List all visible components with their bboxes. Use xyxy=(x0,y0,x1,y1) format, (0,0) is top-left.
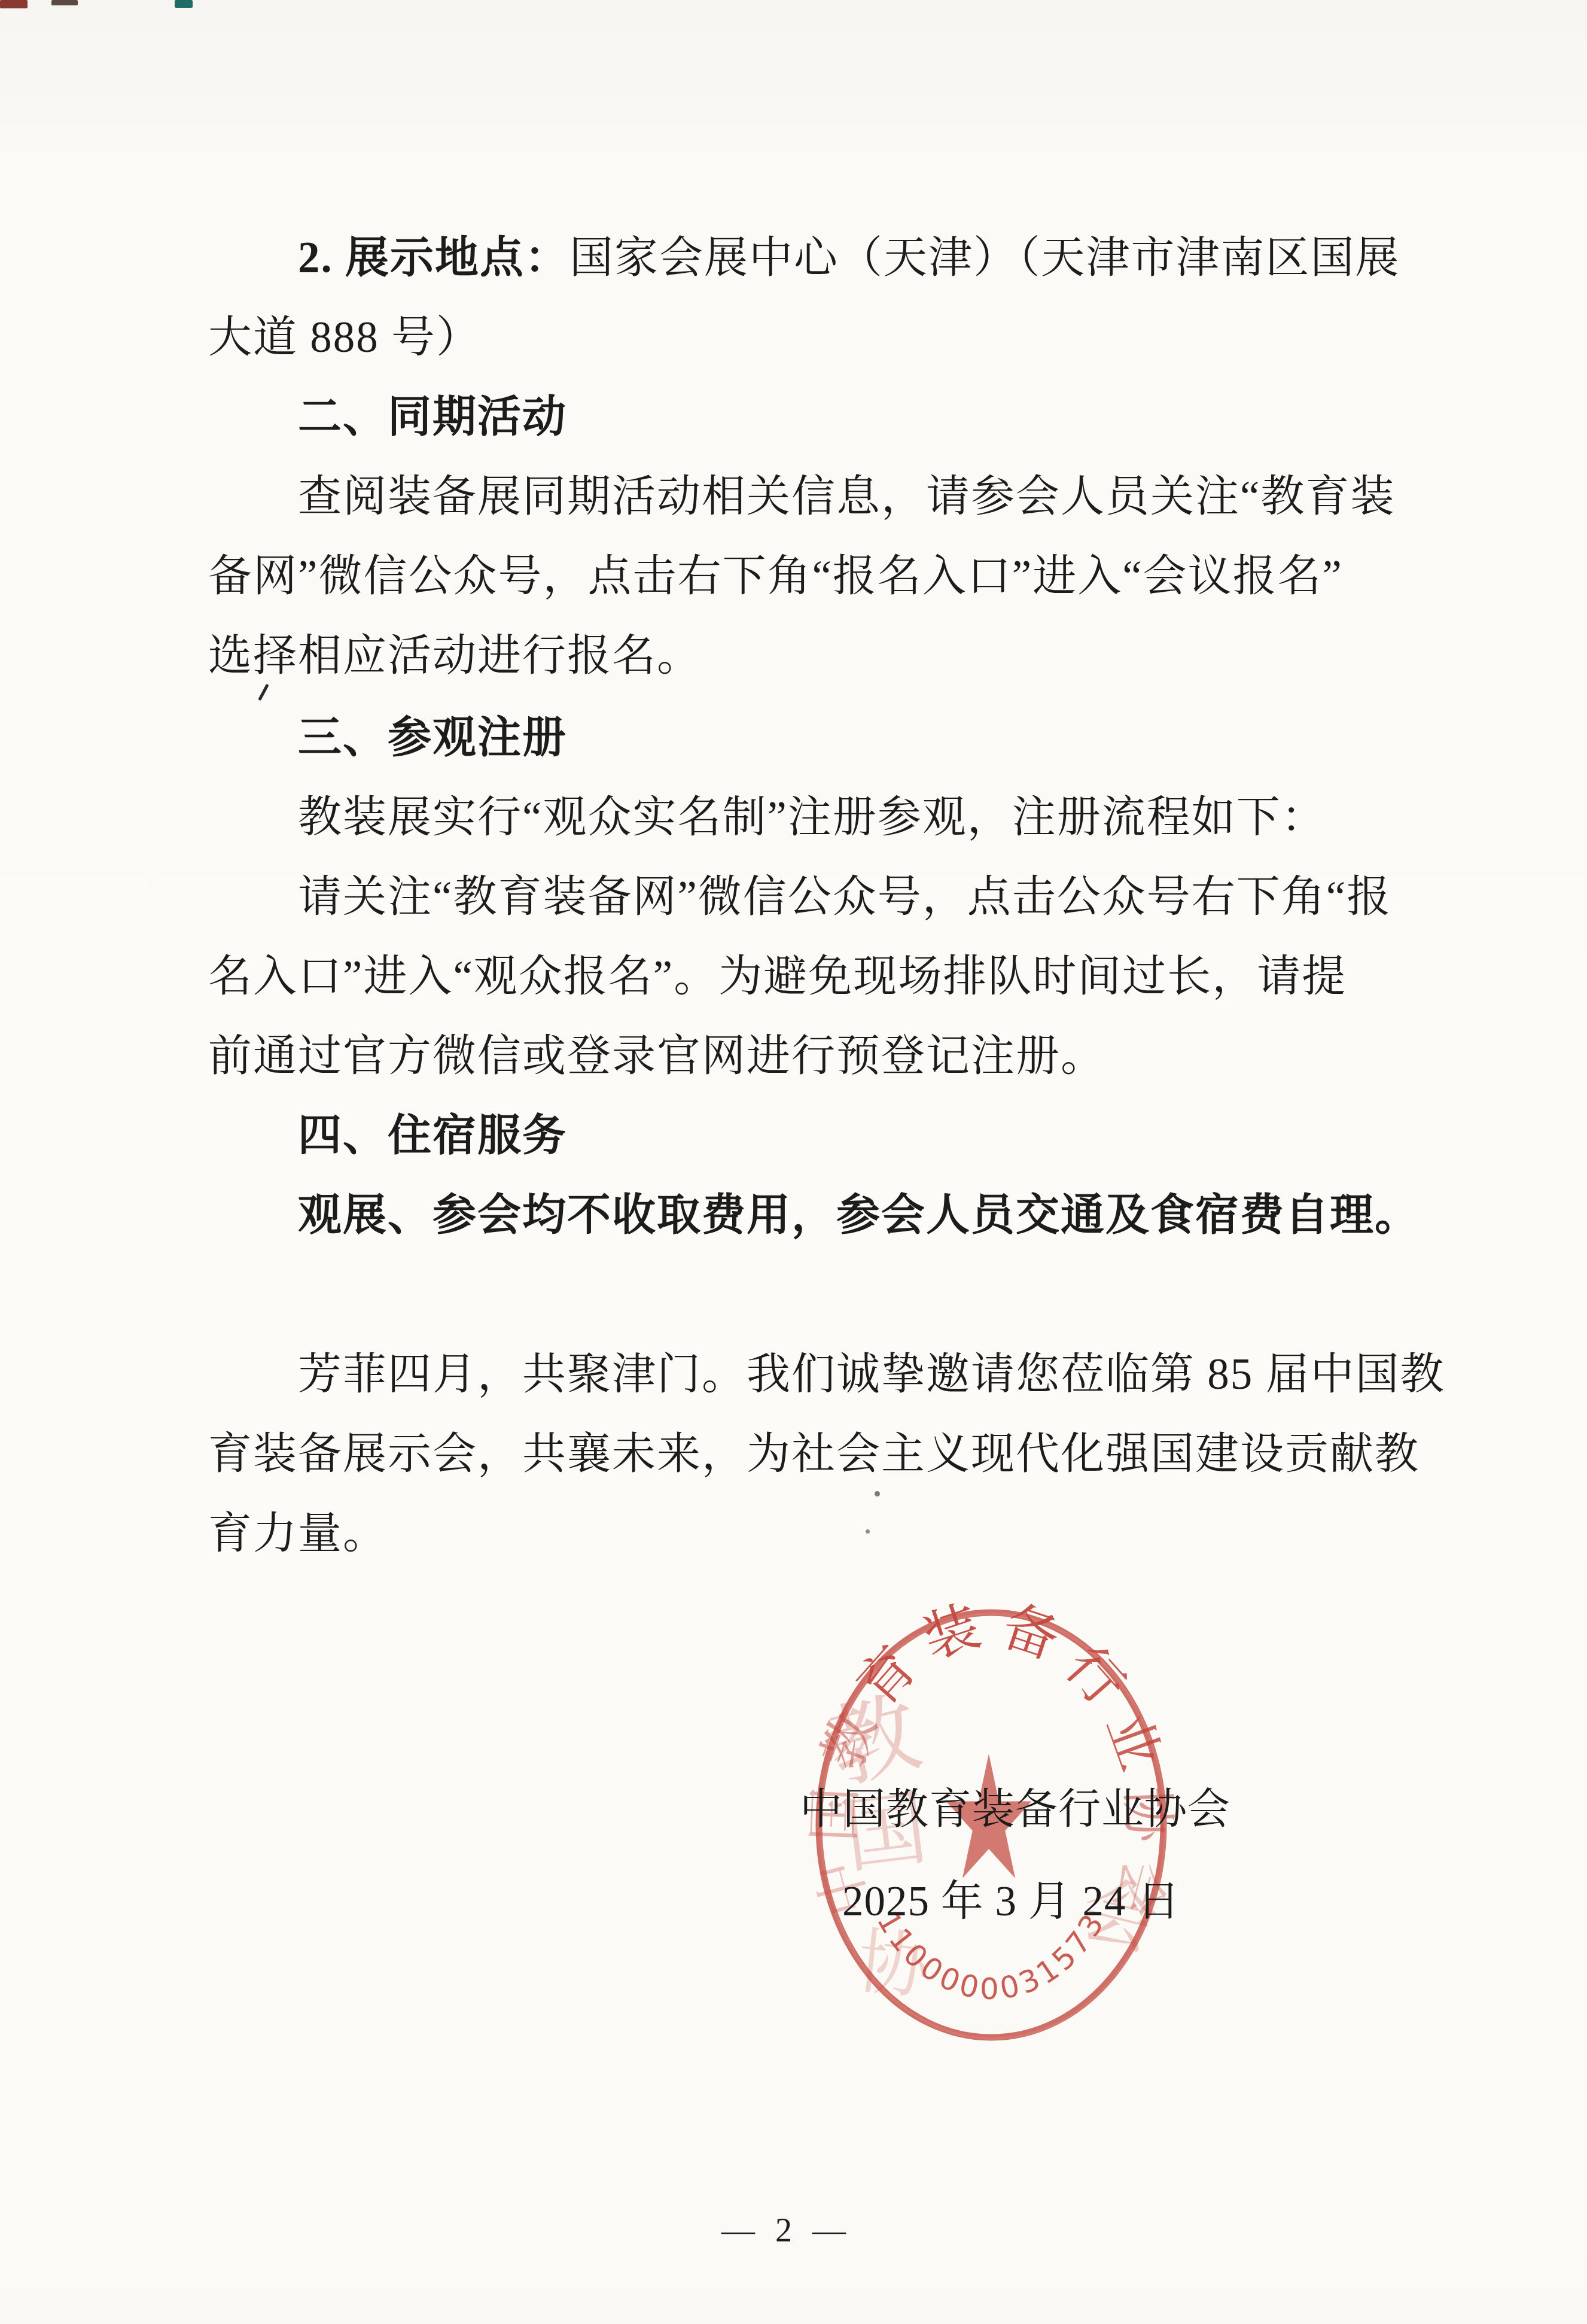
body-line: 备网”微信公众号，点击右下角“报名入口”进入“会议报名” xyxy=(208,549,1411,603)
scan-artifact-red xyxy=(0,0,28,8)
stray-pen-mark xyxy=(258,684,269,701)
body-line: 名入口”进入“观众报名”。为避免现场排队时间过长，请提 xyxy=(208,949,1411,1003)
seal-arc-char: 备 xyxy=(995,1595,1067,1671)
body-line: 请关注“教育装备网”微信公众号，点击公众号右下角“报 xyxy=(208,869,1500,924)
page-number: — 2 — xyxy=(688,2212,885,2250)
section-heading-2: 二、同期活动 xyxy=(208,390,1500,444)
body-line: 查阅装备展同期活动相关信息，请参会人员关注“教育装 xyxy=(208,469,1500,524)
seal-arc-char: 行 xyxy=(1054,1635,1136,1717)
body-line: 教装展实行“观众实名制”注册参观，注册流程如下： xyxy=(208,790,1500,844)
scan-speck xyxy=(875,1491,880,1496)
line-text: 国家会展中心（天津）（天津市津南区国展 xyxy=(569,233,1400,282)
seal-arc-char: 装 xyxy=(916,1595,987,1671)
signature-date: 2025 年 3 月 24 日 xyxy=(842,1867,1180,1928)
body-line-location: 2. 展示地点：国家会展中心（天津）（天津市津南区国展 xyxy=(208,230,1500,285)
body-line-emphasis: 观展、参会均不收取费用，参会人员交通及食宿费自理。 xyxy=(208,1188,1500,1242)
section-heading-3: 三、参观注册 xyxy=(208,710,1500,765)
body-line: 育力量。 xyxy=(208,1506,1411,1561)
body-line: 大道 888 号） xyxy=(208,310,1411,364)
signature-organization: 中国教育装备行业协会 xyxy=(800,1775,1230,1836)
section-heading-4: 四、住宿服务 xyxy=(208,1108,1500,1163)
body-line: 前通过官方微信或登录官网进行预登记注册。 xyxy=(208,1029,1411,1083)
body-line: 选择相应活动进行报名。 xyxy=(208,628,1411,683)
scan-artifact-teal xyxy=(175,0,193,8)
line-label-bold: 2. 展示地点： xyxy=(298,233,569,282)
document-page: 2. 展示地点：国家会展中心（天津）（天津市津南区国展 大道 888 号） 二、… xyxy=(0,0,1587,2324)
scan-artifact-dark xyxy=(51,0,78,5)
scan-speck xyxy=(866,1529,870,1534)
body-line: 芳菲四月，共聚津门。我们诚挚邀请您莅临第 85 届中国教 xyxy=(208,1347,1500,1401)
body-line: 育装备展示会，共襄未来，为社会主义现代化强国建设贡献教 xyxy=(208,1426,1411,1481)
